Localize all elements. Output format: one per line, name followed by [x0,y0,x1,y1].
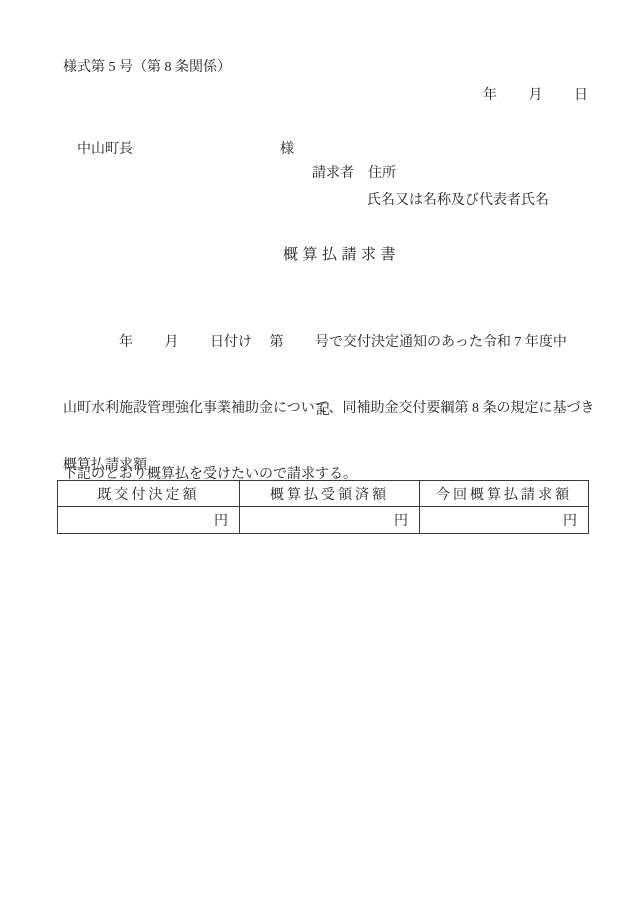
header-requested-amount: 今回概算払請求額 [420,481,589,507]
ki-section-marker: 記 [316,402,330,420]
table-header-row: 既交付決定額 概算払受領済額 今回概算払請求額 [58,481,589,507]
table-caption: 概算払請求額 [63,457,147,475]
cell-received-amount-yen: 円 [240,507,420,534]
paragraph-line: 年 月 日付け 第 号で交付決定通知のあった令和 7 年度中 [63,328,583,358]
table-value-row: 円 円 円 [58,507,589,534]
requester-address-label: 請求者 住所 [312,165,396,183]
date-line: 年 月 日 [483,87,588,105]
header-granted-amount: 既交付決定額 [58,481,240,507]
cell-granted-amount-yen: 円 [58,507,240,534]
addressee-name: 中山町長 [77,141,133,159]
requester-name-label: 氏名又は名称及び代表者氏名 [367,192,549,210]
payment-amount-table: 既交付決定額 概算払受領済額 今回概算払請求額 円 円 円 [57,480,589,534]
addressee-honorific: 様 [280,141,294,159]
header-received-amount: 概算払受領済額 [240,481,420,507]
document-title: 概算払請求書 [283,246,400,264]
cell-requested-amount-yen: 円 [420,507,589,534]
form-number: 様式第 5 号（第 8 条関係） [63,59,231,77]
document-page: 様式第 5 号（第 8 条関係） 年 月 日 中山町長 様 請求者 住所 氏名又… [0,0,630,903]
